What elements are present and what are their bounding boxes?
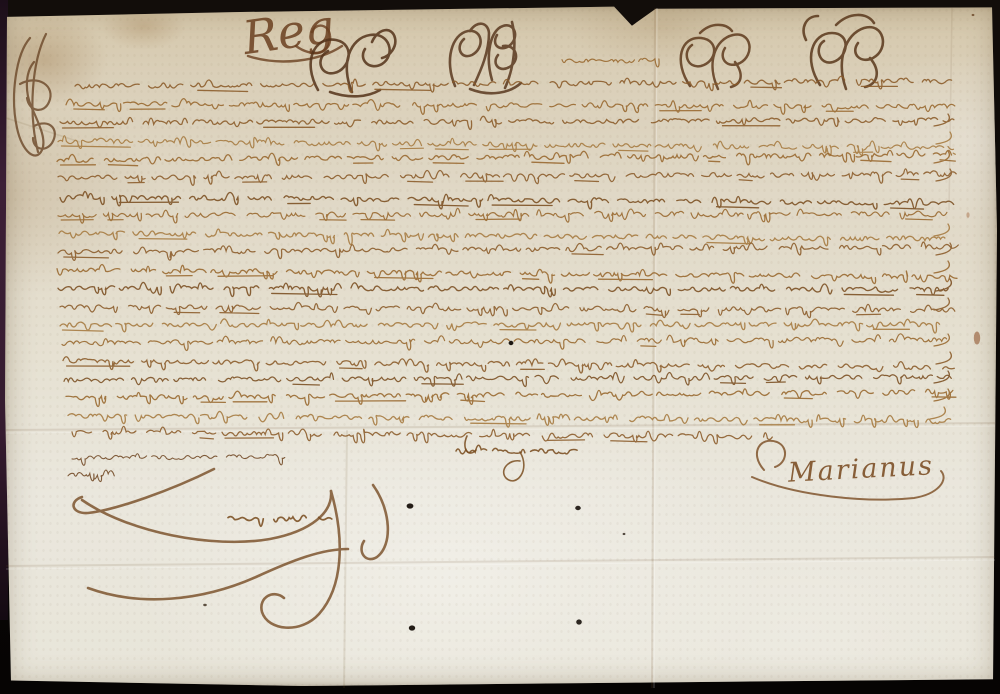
handwritten-line [60, 114, 954, 129]
signature-marianus-text: Marianus [786, 450, 934, 489]
handwritten-line [66, 99, 955, 115]
parchment-speck [576, 619, 582, 624]
parchment-speck [623, 533, 626, 535]
handwritten-line [72, 454, 285, 466]
handwritten-line [58, 279, 951, 297]
handwritten-line [60, 298, 955, 318]
handwritten-line [58, 169, 956, 185]
handwritten-line [58, 242, 958, 260]
manuscript-scan: Reg [0, 0, 1000, 694]
handwritten-line [58, 132, 955, 156]
parchment-speck [409, 625, 415, 630]
grand-paraph [74, 469, 388, 628]
parchment-speck [203, 604, 207, 606]
handwritten-line [66, 389, 956, 407]
left-margin-paraph [14, 34, 55, 156]
signature-marianus: Marianus [752, 441, 944, 500]
handwriting-layer: Reg [0, 0, 1000, 694]
cipher-monogram-1 [311, 30, 396, 96]
handwritten-line [63, 352, 954, 373]
handwritten-line [57, 261, 957, 284]
handwritten-line [64, 371, 951, 387]
handwritten-line [562, 58, 659, 67]
parchment-speck [575, 506, 581, 510]
fold-creases [6, 8, 995, 688]
handwritten-line [62, 334, 949, 351]
parchment-speck [509, 341, 514, 345]
parchment-speck [974, 332, 980, 345]
handwritten-line [68, 470, 114, 481]
handwritten-line [58, 208, 947, 223]
center-countersignature [465, 436, 524, 481]
parchment-speck [972, 14, 975, 16]
parchment-speck [407, 503, 414, 508]
handwritten-line [60, 319, 940, 333]
handwritten-line [59, 224, 949, 246]
parchment-speck [966, 212, 969, 218]
docket-flourish: Reg [239, 0, 342, 65]
handwritten-line [57, 150, 955, 165]
handwritten-line [60, 192, 954, 209]
cipher-monogram-3 [681, 25, 750, 89]
